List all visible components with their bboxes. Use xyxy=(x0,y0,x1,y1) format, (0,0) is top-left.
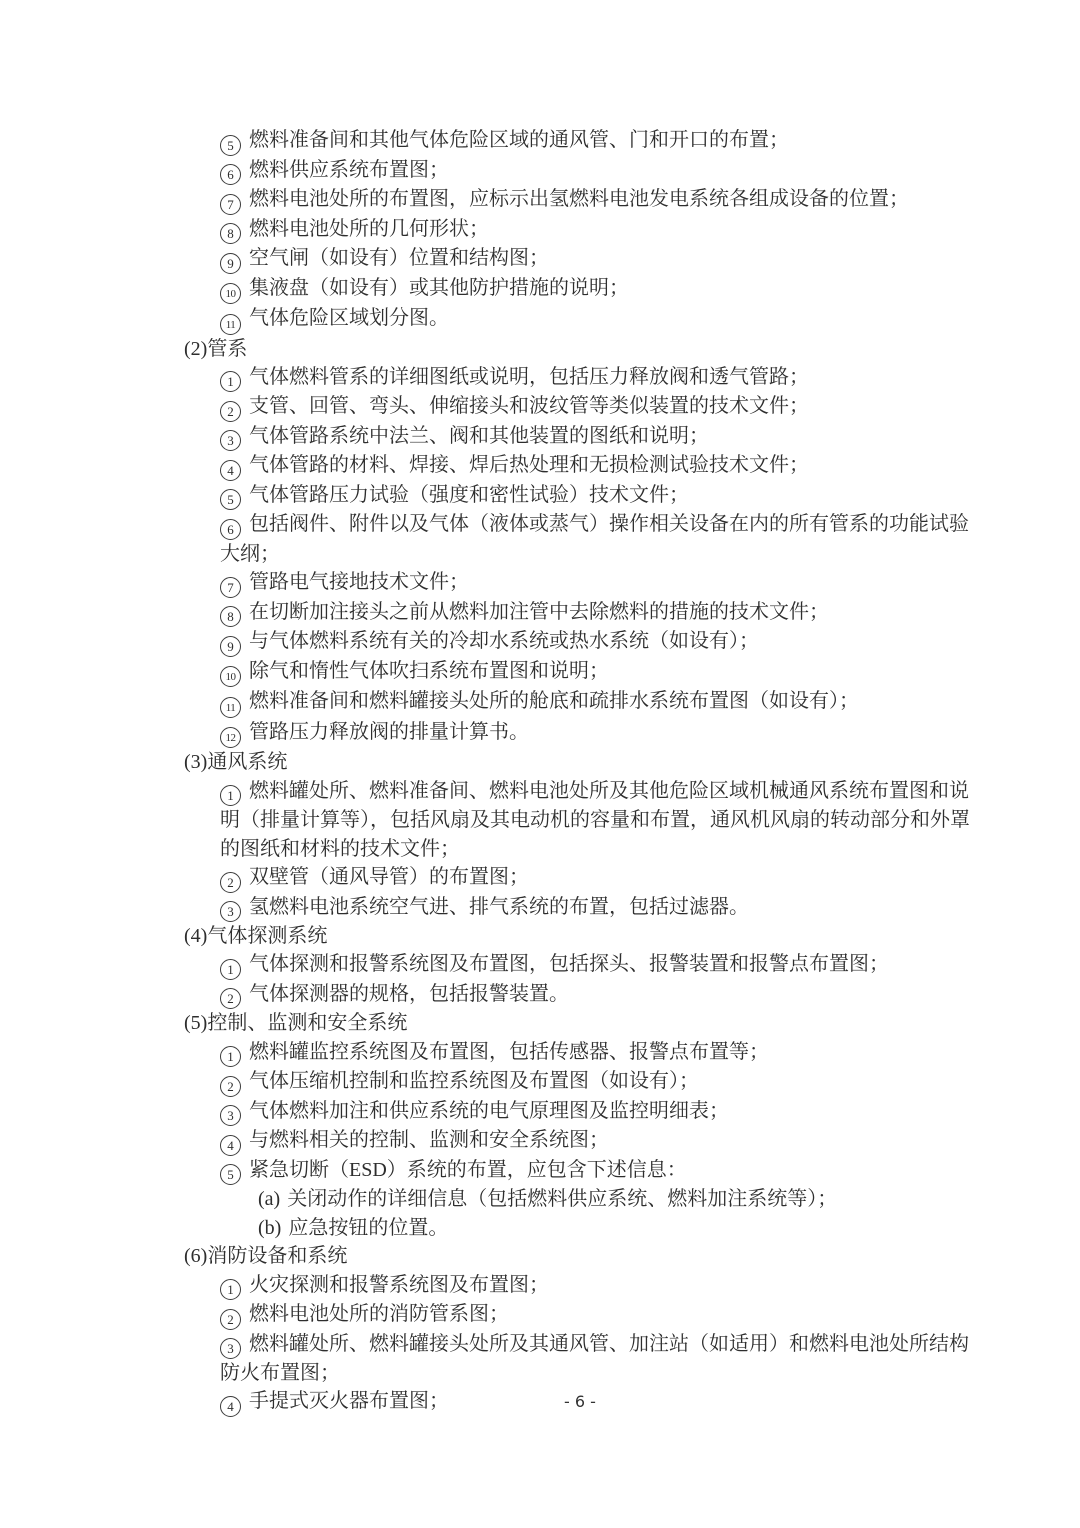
item-text: 集液盘（如设有）或其他防护措施的说明； xyxy=(249,277,629,299)
document-page: 5燃料准备间和其他气体危险区域的通风管、门和开口的布置；6燃料供应系统布置图；7… xyxy=(0,0,1080,1528)
section: (2)管系1气体燃料管系的详细图纸或说明，包括压力释放阀和透气管路；2支管、回管… xyxy=(184,335,976,749)
list-item: 10集液盘（如设有）或其他防护措施的说明； xyxy=(184,274,976,305)
circled-number-bullet: 8 xyxy=(220,606,241,627)
sub-list-item: (b)应急按钮的位置。 xyxy=(184,1214,976,1242)
item-text: 管路电气接地技术文件； xyxy=(249,571,469,593)
sub-list-item: (a)关闭动作的详细信息（包括燃料供应系统、燃料加注系统等）； xyxy=(184,1185,976,1213)
circled-number-bullet: 4 xyxy=(220,1135,241,1156)
section: (3)通风系统1燃料罐处所、燃料准备间、燃料电池处所及其他危险区域机械通风系统布… xyxy=(184,748,976,922)
item-text: 支管、回管、弯头、伸缩接头和波纹管等类似装置的技术文件； xyxy=(249,395,809,417)
section-heading: (5)控制、监测和安全系统 xyxy=(184,1009,976,1037)
item-text: 与燃料相关的控制、监测和安全系统图； xyxy=(249,1129,609,1151)
list-item: 1火灾探测和报警系统图及布置图； xyxy=(184,1271,976,1301)
section: (6)消防设备和系统1火灾探测和报警系统图及布置图；2燃料电池处所的消防管系图；… xyxy=(184,1242,976,1417)
list-item: 11燃料准备间和燃料罐接头处所的舱底和疏排水系统布置图（如设有）； xyxy=(184,687,976,718)
item-text: 应急按钮的位置。 xyxy=(288,1217,448,1239)
circled-number-bullet: 11 xyxy=(220,697,241,718)
list-item: 1燃料罐监控系统图及布置图，包括传感器、报警点布置等； xyxy=(184,1038,976,1068)
list-item: 1燃料罐处所、燃料准备间、燃料电池处所及其他危险区域机械通风系统布置图和说明（排… xyxy=(184,777,976,863)
circled-number-bullet: 6 xyxy=(220,519,241,540)
list-item: 2双壁管（通风导管）的布置图； xyxy=(184,863,976,893)
circled-number-bullet: 2 xyxy=(220,988,241,1009)
document-content: 5燃料准备间和其他气体危险区域的通风管、门和开口的布置；6燃料供应系统布置图；7… xyxy=(184,126,976,1417)
circled-number-bullet: 7 xyxy=(220,577,241,598)
circled-number-bullet: 2 xyxy=(220,1309,241,1330)
circled-number-bullet: 12 xyxy=(220,727,241,748)
item-text: 燃料电池处所的几何形状； xyxy=(249,218,489,240)
item-text: 气体燃料加注和供应系统的电气原理图及监控明细表； xyxy=(249,1100,729,1122)
item-text: 火灾探测和报警系统图及布置图； xyxy=(249,1274,549,1296)
circled-number-bullet: 8 xyxy=(220,223,241,244)
circled-number-bullet: 10 xyxy=(220,283,241,304)
list-item: 7燃料电池处所的布置图，应标示出氢燃料电池发电系统各组成设备的位置； xyxy=(184,185,976,215)
circled-number-bullet: 5 xyxy=(220,1164,241,1185)
section-heading: (6)消防设备和系统 xyxy=(184,1242,976,1270)
list-item: 3气体管路系统中法兰、阀和其他装置的图纸和说明； xyxy=(184,422,976,452)
circled-number-bullet: 11 xyxy=(220,314,241,335)
item-text: 燃料准备间和燃料罐接头处所的舱底和疏排水系统布置图（如设有）； xyxy=(249,690,859,712)
circled-number-bullet: 1 xyxy=(220,371,241,392)
circled-number-bullet: 10 xyxy=(220,666,241,687)
letter-bullet: (b) xyxy=(258,1217,281,1239)
section: 5燃料准备间和其他气体危险区域的通风管、门和开口的布置；6燃料供应系统布置图；7… xyxy=(184,126,976,335)
list-item: 9与气体燃料系统有关的冷却水系统或热水系统（如设有）； xyxy=(184,627,976,657)
item-text: 气体压缩机控制和监控系统图及布置图（如设有）； xyxy=(249,1070,699,1092)
item-text: 紧急切断（ESD）系统的布置，应包含下述信息： xyxy=(249,1159,687,1181)
circled-number-bullet: 4 xyxy=(220,460,241,481)
list-item: 10除气和惰性气体吹扫系统布置图和说明； xyxy=(184,657,976,688)
list-item: 2气体探测器的规格，包括报警装置。 xyxy=(184,980,976,1010)
list-item: 8在切断加注接头之前从燃料加注管中去除燃料的措施的技术文件； xyxy=(184,598,976,628)
item-text: 燃料供应系统布置图； xyxy=(249,159,449,181)
list-item: 8燃料电池处所的几何形状； xyxy=(184,215,976,245)
item-text: 气体管路压力试验（强度和密性试验）技术文件； xyxy=(249,484,689,506)
list-item: 2燃料电池处所的消防管系图； xyxy=(184,1300,976,1330)
circled-number-bullet: 2 xyxy=(220,1076,241,1097)
circled-number-bullet: 9 xyxy=(220,253,241,274)
item-text: 双壁管（通风导管）的布置图； xyxy=(249,866,529,888)
item-text: 与气体燃料系统有关的冷却水系统或热水系统（如设有）； xyxy=(249,630,759,652)
item-text: 气体燃料管系的详细图纸或说明，包括压力释放阀和透气管路； xyxy=(249,366,809,388)
circled-number-bullet: 2 xyxy=(220,872,241,893)
list-item: 3氢燃料电池系统空气进、排气系统的布置，包括过滤器。 xyxy=(184,893,976,923)
list-item: 4与燃料相关的控制、监测和安全系统图； xyxy=(184,1126,976,1156)
section: (4)气体探测系统1气体探测和报警系统图及布置图，包括探头、报警装置和报警点布置… xyxy=(184,922,976,1009)
circled-number-bullet: 3 xyxy=(220,1338,241,1359)
circled-number-bullet: 7 xyxy=(220,194,241,215)
circled-number-bullet: 1 xyxy=(220,1279,241,1300)
letter-bullet: (a) xyxy=(258,1188,280,1210)
list-item: 6燃料供应系统布置图； xyxy=(184,156,976,186)
item-text: 气体管路的材料、焊接、焊后热处理和无损检测试验技术文件； xyxy=(249,454,809,476)
item-text: 燃料准备间和其他气体危险区域的通风管、门和开口的布置； xyxy=(249,129,789,151)
list-item: 5紧急切断（ESD）系统的布置，应包含下述信息： xyxy=(184,1156,976,1186)
item-text: 气体危险区域划分图。 xyxy=(249,307,449,329)
item-text: 燃料电池处所的布置图，应标示出氢燃料电池发电系统各组成设备的位置； xyxy=(249,188,909,210)
circled-number-bullet: 5 xyxy=(220,489,241,510)
list-item: 1气体探测和报警系统图及布置图，包括探头、报警装置和报警点布置图； xyxy=(184,950,976,980)
circled-number-bullet: 5 xyxy=(220,135,241,156)
item-text: 燃料罐监控系统图及布置图，包括传感器、报警点布置等； xyxy=(249,1041,769,1063)
circled-number-bullet: 6 xyxy=(220,164,241,185)
item-text: 管路压力释放阀的排量计算书。 xyxy=(249,721,529,743)
circled-number-bullet: 1 xyxy=(220,785,241,806)
circled-number-bullet: 2 xyxy=(220,401,241,422)
section-heading: (4)气体探测系统 xyxy=(184,922,976,950)
item-text: 除气和惰性气体吹扫系统布置图和说明； xyxy=(249,660,609,682)
circled-number-bullet: 9 xyxy=(220,636,241,657)
circled-number-bullet: 1 xyxy=(220,1046,241,1067)
list-item: 12管路压力释放阀的排量计算书。 xyxy=(184,718,976,749)
item-text: 燃料罐处所、燃料罐接头处所及其通风管、加注站（如适用）和燃料电池处所结构防火布置… xyxy=(220,1333,969,1385)
item-text: 燃料电池处所的消防管系图； xyxy=(249,1303,509,1325)
circled-number-bullet: 3 xyxy=(220,901,241,922)
list-item: 3气体燃料加注和供应系统的电气原理图及监控明细表； xyxy=(184,1097,976,1127)
page-number: - 6 - xyxy=(184,1392,976,1411)
item-text: 气体探测器的规格，包括报警装置。 xyxy=(249,983,569,1005)
circled-number-bullet: 1 xyxy=(220,959,241,980)
list-item: 1气体燃料管系的详细图纸或说明，包括压力释放阀和透气管路； xyxy=(184,363,976,393)
list-item: 9空气闸（如设有）位置和结构图； xyxy=(184,244,976,274)
item-text: 在切断加注接头之前从燃料加注管中去除燃料的措施的技术文件； xyxy=(249,601,829,623)
list-item: 7管路电气接地技术文件； xyxy=(184,568,976,598)
circled-number-bullet: 3 xyxy=(220,430,241,451)
list-item: 5气体管路压力试验（强度和密性试验）技术文件； xyxy=(184,481,976,511)
item-text: 空气闸（如设有）位置和结构图； xyxy=(249,247,549,269)
list-item: 6包括阀件、附件以及气体（液体或蒸气）操作相关设备在内的所有管系的功能试验大纲； xyxy=(184,510,976,568)
list-item: 11气体危险区域划分图。 xyxy=(184,304,976,335)
item-text: 燃料罐处所、燃料准备间、燃料电池处所及其他危险区域机械通风系统布置图和说明（排量… xyxy=(220,780,970,860)
section: (5)控制、监测和安全系统1燃料罐监控系统图及布置图，包括传感器、报警点布置等；… xyxy=(184,1009,976,1242)
item-text: 气体管路系统中法兰、阀和其他装置的图纸和说明； xyxy=(249,425,709,447)
item-text: 关闭动作的详细信息（包括燃料供应系统、燃料加注系统等）； xyxy=(287,1188,837,1210)
list-item: 4气体管路的材料、焊接、焊后热处理和无损检测试验技术文件； xyxy=(184,451,976,481)
item-text: 气体探测和报警系统图及布置图，包括探头、报警装置和报警点布置图； xyxy=(249,953,889,975)
list-item: 3燃料罐处所、燃料罐接头处所及其通风管、加注站（如适用）和燃料电池处所结构防火布… xyxy=(184,1330,976,1388)
list-item: 2支管、回管、弯头、伸缩接头和波纹管等类似装置的技术文件； xyxy=(184,392,976,422)
section-heading: (3)通风系统 xyxy=(184,748,976,776)
list-item: 5燃料准备间和其他气体危险区域的通风管、门和开口的布置； xyxy=(184,126,976,156)
section-heading: (2)管系 xyxy=(184,335,976,363)
list-item: 2气体压缩机控制和监控系统图及布置图（如设有）； xyxy=(184,1067,976,1097)
item-text: 包括阀件、附件以及气体（液体或蒸气）操作相关设备在内的所有管系的功能试验大纲； xyxy=(220,513,969,565)
item-text: 氢燃料电池系统空气进、排气系统的布置，包括过滤器。 xyxy=(249,896,749,918)
circled-number-bullet: 3 xyxy=(220,1105,241,1126)
